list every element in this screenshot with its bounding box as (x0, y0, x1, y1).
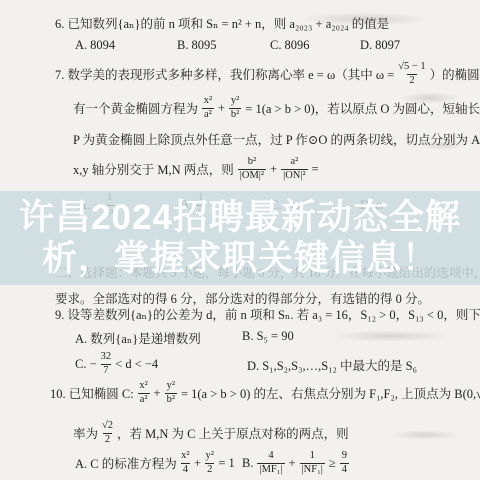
fraction-numerator: √5 − 1 (398, 61, 425, 73)
question-10-line2: 率为 √2 2 ，若 M,N 为 C 上关于原点对称的两点，则 (73, 418, 349, 448)
fraction-numerator: 9 (342, 450, 347, 462)
fraction-denominator: |MF₁| (257, 463, 284, 476)
question-7-text: 7. 数学美的表现形式多种多样，我们称离心率 e = ω（其中 ω = (55, 65, 394, 83)
q6-option-a: A. 8094 (75, 38, 115, 53)
greater-equal-sign: ≥ (329, 456, 336, 471)
q6-option-b: B. 8095 (177, 38, 216, 53)
fraction: x² a² (138, 380, 150, 405)
q9-option-d: D. S₁,S₂,S₃,…,S₁₂ 中最大的是 S₆ (247, 356, 417, 374)
question-7-line4: x,y 轴分别交于 M,N 两点，则 b² |OM|² + a² |ON|² = (73, 152, 319, 186)
fraction: y² 2 (205, 450, 214, 475)
fraction-numerator: x² (204, 95, 212, 107)
question-7-text: P 为黄金椭圆上除顶点外任意一点，过 P 作⊙O 的两条切线，切点分别为 A,B… (73, 130, 480, 148)
fraction-denominator: b² (165, 393, 177, 406)
plus-sign: + (289, 456, 296, 471)
option-text: B. S₅ = 90 (242, 329, 294, 344)
promo-banner-line1: 许昌2024招聘最新动态全解 (19, 197, 461, 238)
exam-paper-photo: 6. 已知数列{aₙ}的前 n 项和 Sₙ = n² + n，则 a₂₀₂₃ +… (0, 0, 480, 480)
fraction: b² |OM|² (238, 156, 266, 181)
fraction: 32 7 (101, 351, 112, 376)
fraction-numerator: x² (139, 380, 147, 392)
fraction-numerator: y² (205, 450, 213, 462)
fraction-denominator: |ON|² (281, 169, 308, 182)
fraction-denominator: |NF₁| (300, 463, 325, 476)
question-6: 6. 已知数列{aₙ}的前 n 项和 Sₙ = n² + n，则 a₂₀₂₃ +… (55, 14, 389, 32)
fraction: x² a² (202, 95, 214, 120)
question-10-text: 率为 (73, 424, 98, 442)
option-text: A. 数列{aₙ}是递增数列 (75, 329, 201, 347)
fraction: y² b² (165, 380, 177, 405)
fraction-denominator: 4 (340, 463, 349, 476)
option-label: A. (75, 38, 87, 53)
plus-sign: + (218, 101, 225, 116)
q9-option-c: C. − 32 7 < d < −4 (75, 349, 158, 379)
fraction-numerator: y² (167, 380, 175, 392)
question-10-text: 10. 已知椭圆 C: (50, 384, 134, 402)
fraction-denominator: 2 (103, 433, 112, 446)
option-text: = 1 (218, 456, 234, 471)
fraction: y² b² (229, 95, 241, 120)
q6-option-d: D. 8097 (360, 38, 400, 53)
fraction-numerator: 1 (310, 450, 315, 462)
plus-sign: + (154, 386, 161, 401)
equals-sign: = (312, 162, 319, 177)
question-7-line2: 有一个黄金椭圆方程为 x² a² + y² b² = 1(a > b > 0)，… (73, 92, 480, 124)
plus-sign: + (270, 162, 277, 177)
fraction: 1 |NF₁| (300, 450, 325, 475)
fraction-numerator: 4 (268, 450, 273, 462)
option-label: B. (242, 456, 253, 471)
option-text: D. S₁,S₂,S₃,…,S₁₂ 中最大的是 S₆ (247, 356, 417, 374)
q10-option-a: A. C 的标准方程为 x² 4 + y² 2 = 1 (75, 446, 235, 480)
question-7-text: = 1(a > b > 0)，若以原点 O 为圆心，短轴长为直径作⊙O， (245, 99, 480, 117)
fraction: 9 4 (340, 450, 349, 475)
fraction-denominator: 7 (101, 364, 110, 377)
fraction-denominator: a² (138, 393, 150, 406)
q6-option-c: C. 8096 (270, 38, 309, 53)
promo-banner-line2: 析，掌握求职关键信息！ (42, 238, 438, 279)
question-6-text: 6. 已知数列{aₙ}的前 n 项和 Sₙ = n² + n，则 a₂₀₂₃ +… (55, 14, 389, 32)
fraction-denominator: |OM|² (238, 169, 266, 182)
question-7-text: x,y 轴分别交于 M,N 两点，则 (73, 160, 234, 178)
option-value: 8095 (191, 38, 216, 53)
print-bleed-mark (330, 330, 450, 342)
fraction-denominator: 4 (181, 463, 190, 476)
option-text: A. C 的标准方程为 (75, 454, 177, 472)
q10-option-b: B. 4 |MF₁| + 1 |NF₁| ≥ 9 4 (242, 446, 350, 480)
fraction-denominator: 2 (205, 463, 214, 476)
fraction-denominator: b² (229, 108, 241, 121)
question-9-text: 9. 设等差数列{aₙ}的公差为 d，前 n 项和 Sₙ. 若 a₃ = 16，… (55, 305, 480, 323)
question-7-text: ）的椭圆为黄金椭圆，现 (430, 65, 480, 83)
question-9: 9. 设等差数列{aₙ}的公差为 d，前 n 项和 Sₙ. 若 a₃ = 16，… (55, 305, 480, 323)
option-value: 8094 (90, 38, 115, 53)
fraction-numerator: y² (231, 95, 239, 107)
question-10-text: ，若 M,N 为 C 上关于原点对称的两点，则 (117, 424, 349, 442)
fraction: 4 |MF₁| (257, 450, 284, 475)
plus-sign: + (194, 456, 201, 471)
fraction: x² 4 (181, 450, 190, 475)
q9-option-b: B. S₅ = 90 (242, 329, 294, 344)
fraction-numerator: a² (290, 156, 298, 168)
question-7-line1: 7. 数学美的表现形式多种多样，我们称离心率 e = ω（其中 ω = √5 −… (55, 58, 480, 90)
question-10-text: = 1(a > b > 0) 的左、右焦点分别为 F₁,F₂, 上顶点为 B(0… (181, 384, 480, 402)
option-label: D. (360, 38, 372, 53)
fraction: √5 − 1 2 (398, 61, 425, 86)
option-value: 8097 (375, 38, 400, 53)
option-label: B. (177, 38, 188, 53)
fraction-numerator: x² (181, 450, 189, 462)
fraction-numerator: b² (248, 156, 256, 168)
fraction-numerator: 32 (101, 351, 112, 363)
promo-overlay-banner: 许昌2024招聘最新动态全解 析，掌握求职关键信息！ (0, 191, 480, 285)
question-7-line3: P 为黄金椭圆上除顶点外任意一点，过 P 作⊙O 的两条切线，切点分别为 A,B… (73, 130, 480, 148)
fraction: a² |ON|² (281, 156, 308, 181)
print-bleed-mark (390, 430, 460, 440)
fraction-numerator: √2 (102, 420, 113, 432)
option-text: < d < −4 (115, 357, 158, 372)
fraction: √2 2 (102, 420, 113, 445)
q9-option-a: A. 数列{aₙ}是递增数列 (75, 329, 201, 347)
question-7-text: 有一个黄金椭圆方程为 (73, 99, 198, 117)
option-value: 8096 (284, 38, 309, 53)
option-label: C. (270, 38, 281, 53)
fraction-denominator: 2 (407, 74, 416, 87)
option-label: C. − (75, 357, 97, 372)
fraction-denominator: a² (202, 108, 214, 121)
question-10-line1: 10. 已知椭圆 C: x² a² + y² b² = 1(a > b > 0)… (50, 376, 480, 410)
